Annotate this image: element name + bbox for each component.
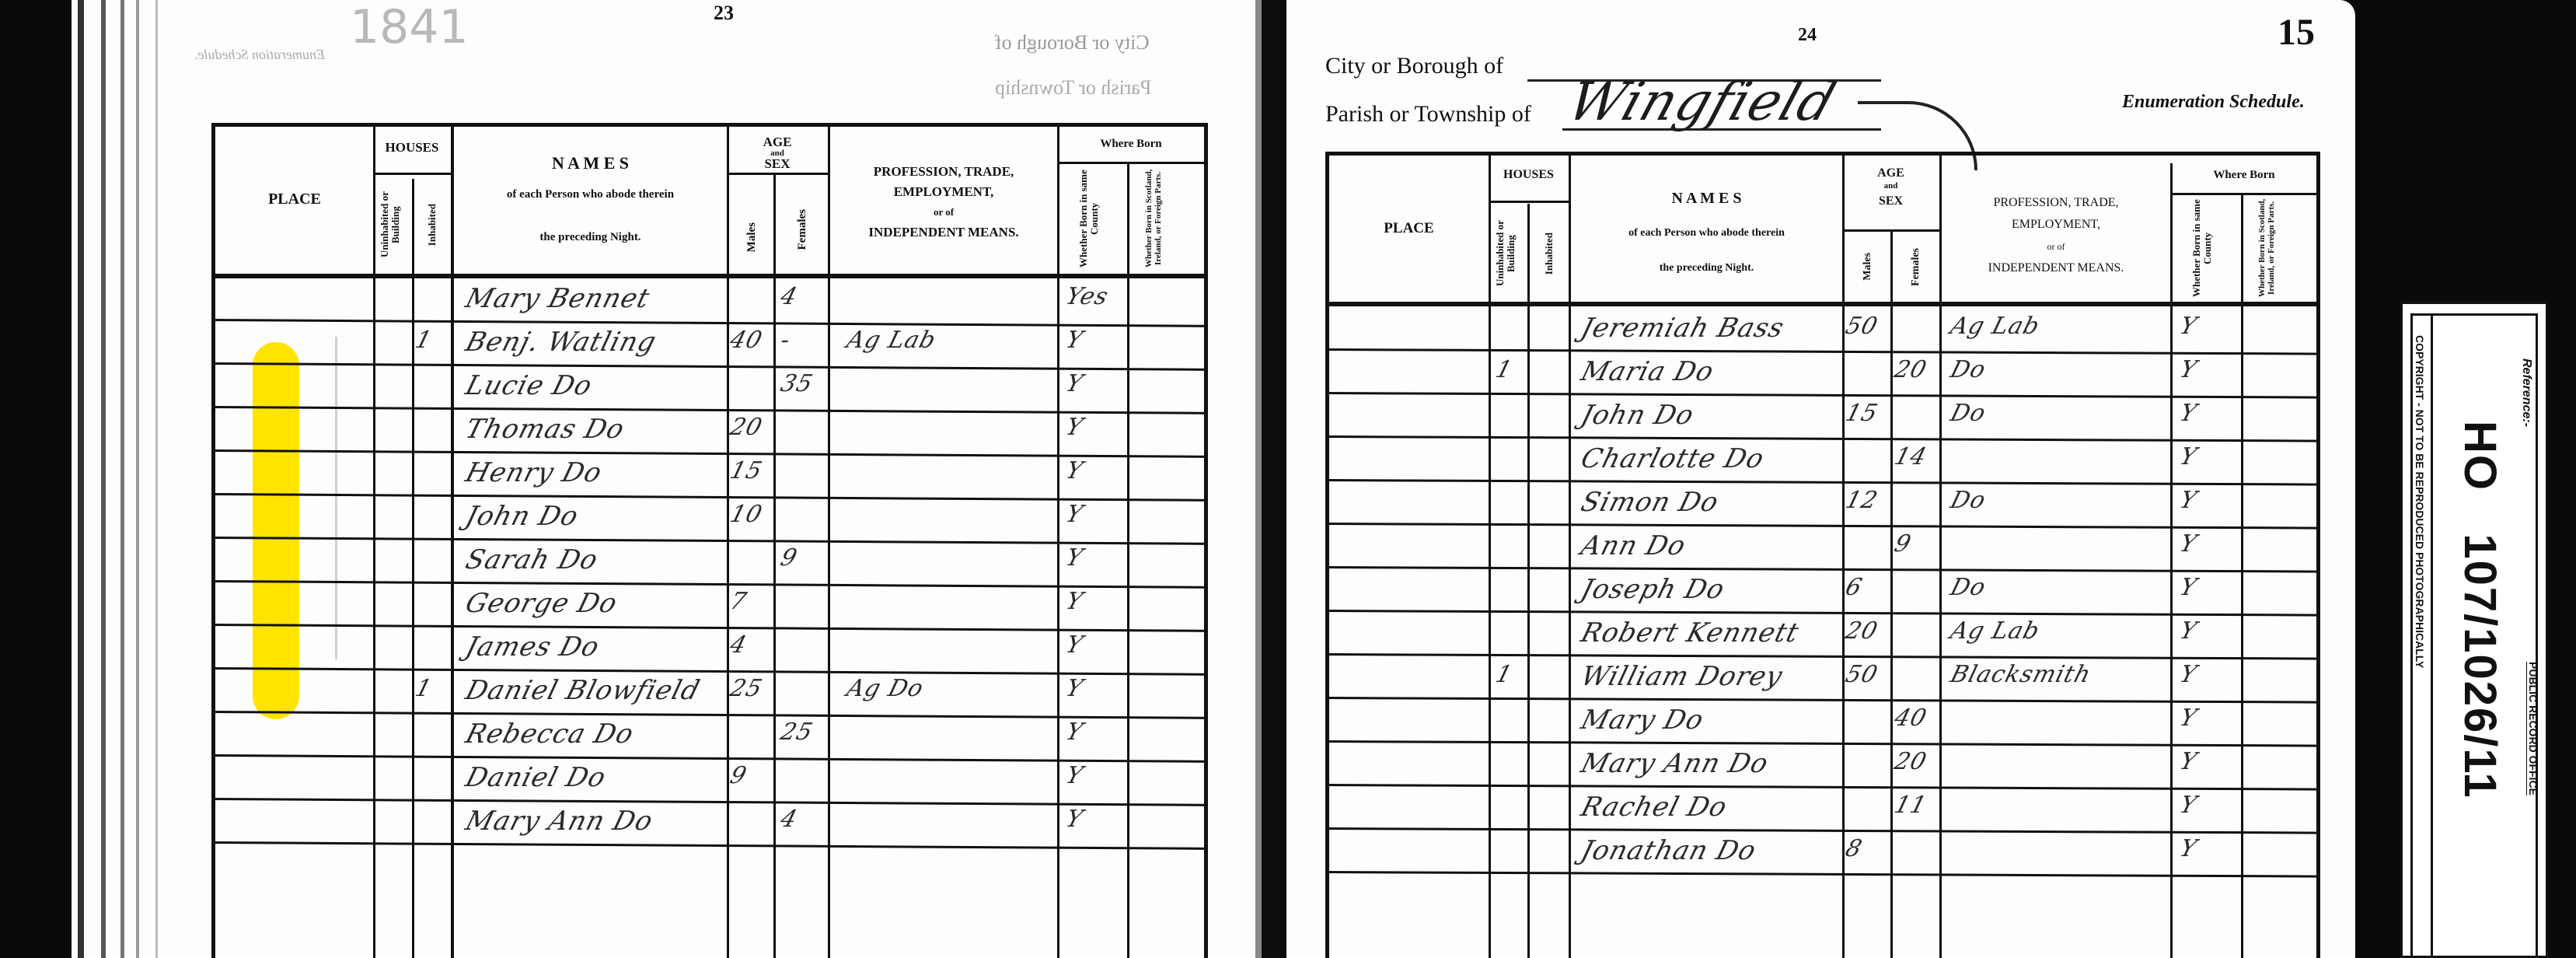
header-place: PLACE [216, 124, 373, 274]
person-name: Henry Do [462, 457, 606, 488]
parish-township-label: Parish or Township of [1325, 101, 1531, 128]
person-name: Simon Do [1578, 487, 1723, 518]
parish-value-handwritten: Wingfield [1560, 72, 1844, 133]
person-name: Benj. Watling [462, 327, 660, 358]
header-profession: PROFESSION, TRADE, EMPLOYMENT, or of IND… [830, 132, 1057, 272]
header-females: Females [776, 187, 828, 272]
header-names-sub1: of each Person who abode therein [454, 183, 727, 206]
book-gutter-shadow [1255, 0, 1262, 958]
mirrored-parish-label: Parish or Township [995, 76, 1151, 100]
header-where-born: Where Born [2170, 159, 2318, 191]
person-name: Lucie Do [462, 370, 596, 401]
person-name: Mary Bennet [462, 283, 654, 314]
mirrored-city-label: City or Borough of [995, 31, 1150, 54]
header-females-text: Females [797, 209, 808, 250]
header-males: Males [1845, 233, 1890, 300]
profession: Ag Lab [1947, 313, 2043, 340]
person-name: Rachel Do [1578, 792, 1731, 823]
col-line [412, 179, 414, 958]
enumeration-schedule-label: Enumeration Schedule. [2122, 92, 2305, 113]
profession: Do [1947, 487, 1989, 514]
pencil-year-note: 1841 [350, 0, 469, 54]
header-males-text: Males [746, 222, 757, 252]
header-profession-1: PROFESSION, TRADE, [1993, 192, 2118, 214]
left-page-edges [120, 0, 124, 958]
faint-corner-text: Enumeration Schedule. [194, 47, 325, 63]
header-age-and: and [1842, 180, 1939, 191]
header-inhabited: Inhabited [414, 177, 451, 272]
born-sub-divider [1057, 162, 1205, 164]
header-uninhabited: Uninhabited or Building [1490, 206, 1527, 301]
profession: Blacksmith [1947, 661, 2094, 688]
header-born-county: Whether Born in same County [2173, 196, 2241, 300]
header-names-sub2: the preceding Night. [454, 226, 727, 249]
profession: Do [1947, 356, 1989, 383]
reference-label: Reference:- HO 107/1026/11 PUBLIC RECORD… [2400, 302, 2548, 958]
header-profession-3: or of [934, 202, 954, 222]
header-females: Females [1893, 233, 1939, 300]
person-name: Robert Kennett [1578, 617, 1803, 649]
left-page-edges [136, 0, 139, 958]
page-number-left: 23 [714, 2, 734, 25]
header-born-scotland: Whether Born in Scotland, Ireland, or Fo… [2243, 196, 2318, 300]
book-gutter [1259, 0, 1286, 958]
person-name: John Do [1578, 400, 1698, 431]
person-name: Thomas Do [462, 414, 628, 445]
header-houses: HOUSES [373, 132, 451, 163]
header-born-scotland-text: Whether Born in Scotland, Ireland, or Fo… [1144, 165, 1191, 272]
person-name: Rebecca Do [462, 718, 637, 750]
person-name: Charlotte Do [1578, 443, 1768, 474]
person-name: Mary Ann Do [462, 806, 657, 837]
person-name: Daniel Do [462, 762, 610, 793]
header-sex: SEX [727, 156, 828, 173]
person-name: Jonathan Do [1578, 835, 1760, 866]
reference-code: HO 107/1026/11 [2454, 421, 2506, 799]
header-age: AGE [1842, 165, 1939, 182]
born-in-county: Yes [1063, 283, 1112, 310]
age-sub-divider [1842, 229, 1939, 232]
person-name: Mary Ann Do [1578, 748, 1772, 779]
left-page-edges [78, 0, 84, 958]
header-where-born: Where Born [1057, 128, 1205, 159]
header-profession-4: INDEPENDENT MEANS. [868, 222, 1018, 243]
header-names-sub2: the preceding Night. [1571, 257, 1842, 280]
header-inhabited-text: Inhabited [1544, 233, 1555, 274]
person-name: Jeremiah Bass [1578, 313, 1788, 344]
person-name: William Dorey [1578, 661, 1786, 692]
col-line [1527, 204, 1530, 958]
header-profession-3: or of [2047, 236, 2065, 257]
col-line [1890, 232, 1893, 958]
header-profession-1: PROFESSION, TRADE, [874, 162, 1014, 182]
folio-number: 15 [2278, 11, 2315, 54]
header-profession-2: EMPLOYMENT, [2012, 214, 2100, 236]
header-uninhabited-text: Uninhabited or Building [1495, 206, 1523, 301]
person-name: James Do [462, 631, 603, 663]
reference-label-divider [2431, 313, 2433, 956]
born-sub-divider [2170, 193, 2318, 195]
col-line [1127, 163, 1129, 958]
person-name: George Do [462, 588, 621, 619]
col-line [773, 175, 776, 958]
profession: Do [1947, 574, 1989, 601]
header-profession-4: INDEPENDENT MEANS. [1988, 257, 2124, 279]
left-page-edges [155, 0, 158, 958]
houses-sub-divider [1489, 201, 1569, 203]
header-born-county: Whether Born in same County [1059, 165, 1127, 272]
profession: Ag Do [843, 675, 927, 702]
left-page-edges [101, 0, 106, 958]
header-names-title: N A M E S [454, 148, 727, 179]
profession: Ag Lab [843, 327, 939, 354]
profession: Do [1947, 400, 1989, 427]
header-males: Males [729, 202, 773, 272]
col-line [2241, 194, 2243, 958]
header-houses: HOUSES [1489, 159, 1569, 191]
header-born-county-text: Whether Born in same County [2191, 196, 2222, 300]
copyright-notice: COPYRIGHT - NOT TO BE REPRODUCED PHOTOGR… [2414, 335, 2426, 668]
header-born-scotland: Whether Born in Scotland, Ireland, or Fo… [1129, 165, 1205, 272]
age-sub-divider [727, 173, 828, 175]
header-born-county-text: Whether Born in same County [1078, 165, 1109, 272]
header-profession-2: EMPLOYMENT, [894, 182, 994, 202]
header-profession: PROFESSION, TRADE, EMPLOYMENT, or of IND… [1942, 171, 2170, 299]
houses-sub-divider [373, 173, 451, 175]
header-uninhabited: Uninhabited or Building [375, 177, 412, 272]
header-names-title: N A M E S [1571, 183, 1842, 214]
header-females-text: Females [1911, 248, 1922, 286]
person-name: Sarah Do [462, 544, 602, 575]
header-names-sub1: of each Person who abode therein [1571, 222, 1842, 245]
header-males-text: Males [1862, 253, 1873, 281]
header-place: PLACE [1329, 156, 1489, 302]
person-name: Maria Do [1578, 356, 1718, 387]
city-borough-label: City or Borough of [1325, 53, 1503, 79]
person-name: John Do [462, 501, 582, 532]
header-sex: SEX [1842, 193, 1939, 210]
public-record-office: PUBLIC RECORD OFFICE [2527, 662, 2539, 795]
page-number-right: 24 [1798, 25, 1817, 46]
profession: Ag Lab [1947, 617, 2043, 645]
person-name: Ann Do [1578, 530, 1690, 561]
header-inhabited-text: Inhabited [427, 204, 438, 246]
header-inhabited: Inhabited [1530, 206, 1569, 301]
reference-caption: Reference:- [2519, 358, 2533, 427]
header-uninhabited-text: Uninhabited or Building [379, 177, 407, 272]
header-born-scotland-text: Whether Born in Scotland, Ireland, or Fo… [2257, 196, 2304, 300]
person-name: Joseph Do [1578, 574, 1729, 605]
person-name: Daniel Blowfield [462, 675, 703, 706]
person-name: Mary Do [1578, 705, 1708, 736]
